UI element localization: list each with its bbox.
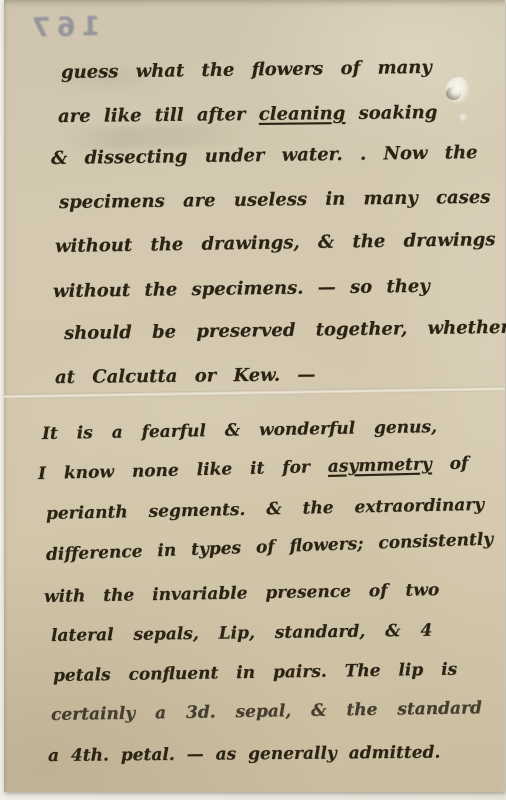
handwritten-line: difference in types of flowers; consiste… <box>46 529 494 565</box>
underlined-word: cleaning <box>259 103 346 125</box>
underlined-word: asymmetry <box>328 454 432 477</box>
handwritten-line: It is a fearful & wonderful genus, <box>42 417 437 444</box>
handwritten-line: lateral sepals, Lip, standard, & 4 <box>51 621 433 646</box>
handwritten-line: certainly a 3d. sepal, & the standard <box>51 698 482 725</box>
handwritten-line: should be preserved together, whether <box>64 317 506 344</box>
handwritten-line: guess what the flowers of many <box>61 57 432 83</box>
line-text: soaking <box>345 102 437 124</box>
handwritten-line: without the specimens. — so they <box>53 276 430 302</box>
letter-page: 167 guess what the flowers of many are l… <box>4 0 505 792</box>
handwritten-line: at Calcutta or Kew. — <box>55 364 316 388</box>
line-text: I know none like it for <box>38 457 328 484</box>
handwritten-line: a 4th. petal. — as generally admitted. <box>48 743 441 766</box>
fold-crease <box>4 386 505 399</box>
scan-background: 167 guess what the flowers of many are l… <box>0 0 506 800</box>
handwritten-line: I know none like it for asymmetry of <box>38 453 469 484</box>
handwritten-line: without the drawings, & the drawings <box>55 229 496 257</box>
handwritten-line: petals confluent in pairs. The lip is <box>53 660 457 686</box>
handwritten-line: specimens are useless in many cases <box>59 187 491 213</box>
paper-damage-fleck <box>459 113 468 122</box>
page-number-stamp: 167 <box>26 11 101 44</box>
paper-damage-spot <box>445 77 470 104</box>
handwritten-line: with the invariable presence of two <box>44 580 440 607</box>
handwritten-line: perianth segments. & the extraordinary <box>46 495 484 524</box>
handwritten-line: are like till after cleaning soaking <box>58 102 438 127</box>
line-text: of <box>431 453 468 474</box>
line-text: are like till after <box>58 104 259 127</box>
